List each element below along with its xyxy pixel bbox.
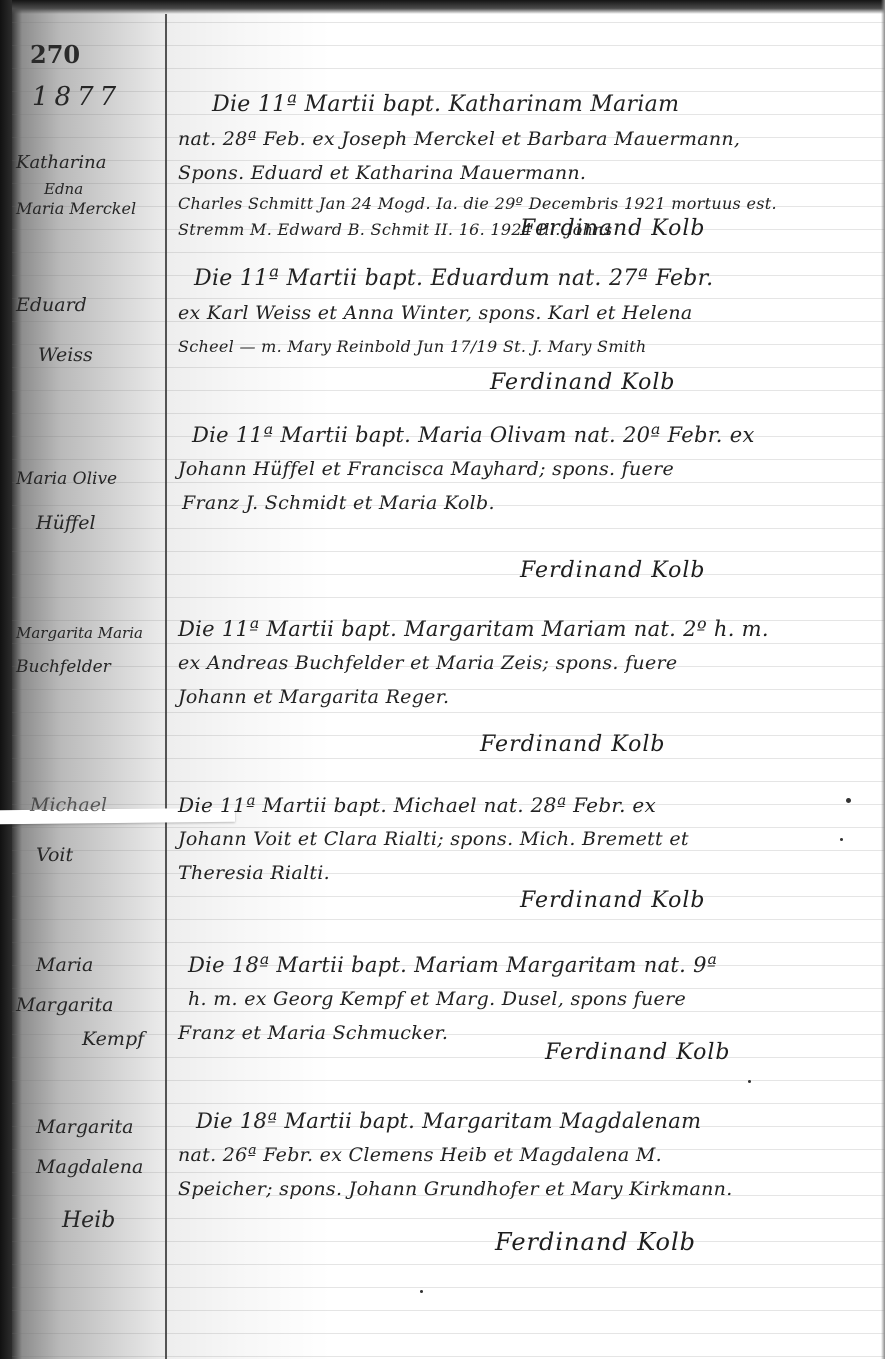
margin-name-line: Katharina (16, 146, 166, 180)
margin-name-line: Hüffel (36, 506, 166, 540)
entry-line: Die 11ª Martii bapt. Eduardum nat. 27ª F… (194, 262, 868, 296)
entry-line: Die 11ª Martii bapt. Katharinam Mariam (212, 88, 868, 122)
entry-line: ex Andreas Buchfelder et Maria Zeis; spo… (178, 646, 868, 680)
entry-line: Die 18ª Martii bapt. Mariam Margaritam n… (188, 948, 868, 982)
entry-line: Speicher; spons. Johann Grundhofer et Ma… (178, 1172, 868, 1206)
entry-line: nat. 26ª Febr. ex Clemens Heib et Magdal… (178, 1138, 868, 1172)
register-year: 1877 (32, 82, 122, 112)
margin-name-line: Edna (44, 180, 166, 198)
scan-speck (748, 1080, 751, 1083)
officiant-signature: Ferdinand Kolb (520, 216, 705, 241)
entry-text: Die 11ª Martii bapt. Michael nat. 28ª Fe… (178, 788, 868, 890)
officiant-signature: Ferdinand Kolb (480, 732, 665, 757)
margin-child-name: Margarita Magdalena Heib (16, 1110, 166, 1238)
entry-line: Theresia Rialti. (178, 856, 868, 890)
margin-name-line: Voit (36, 838, 166, 872)
officiant-signature: Ferdinand Kolb (495, 1228, 696, 1256)
entry-line: Spons. Eduard et Katharina Mauermann. (178, 156, 868, 190)
margin-child-name: Maria Olive Hüffel (16, 462, 166, 540)
margin-name-line: Margarita Maria (16, 616, 166, 650)
margin-name-line: Maria Olive (16, 462, 166, 496)
margin-name-line: Michael (30, 788, 166, 822)
page-right-edge (881, 0, 885, 1359)
register-page: 270 1877 Katharina Edna Maria Merckel Di… (0, 0, 885, 1359)
margin-child-name: Maria Margarita Kempf (16, 948, 166, 1056)
officiant-signature: Ferdinand Kolb (520, 558, 705, 583)
margin-child-name: Michael Voit (16, 788, 166, 872)
officiant-signature: Ferdinand Kolb (490, 370, 675, 395)
margin-name-line: Buchfelder (16, 650, 166, 684)
entry-line: Johann et Margarita Reger. (178, 680, 868, 714)
entry-annotation: Scheel — m. Mary Reinbold Jun 17/19 St. … (178, 330, 868, 364)
margin-name-line: Heib (62, 1204, 166, 1238)
margin-child-name: Katharina Edna Maria Merckel (16, 146, 166, 220)
entry-annotation: Charles Schmitt Jan 24 Mogd. Ia. die 29º… (178, 190, 868, 218)
officiant-signature: Ferdinand Kolb (520, 888, 705, 913)
scan-speck (846, 798, 851, 803)
entry-text: Die 18ª Martii bapt. Margaritam Magdalen… (178, 1104, 868, 1206)
entry-line: Die 11ª Martii bapt. Maria Olivam nat. 2… (192, 418, 868, 452)
entry-line: Franz et Maria Schmucker. (178, 1016, 868, 1050)
margin-name-line: Magdalena (36, 1150, 166, 1184)
margin-name-line: Weiss (38, 338, 166, 372)
margin-name-line: Margarita (16, 988, 166, 1022)
scan-top-shadow (0, 0, 885, 14)
entry-line: h. m. ex Georg Kempf et Marg. Dusel, spo… (188, 982, 868, 1016)
entry-line: nat. 28ª Feb. ex Joseph Merckel et Barba… (178, 122, 868, 156)
binding-edge (0, 0, 12, 1359)
entry-line: Die 11ª Martii bapt. Margaritam Mariam n… (178, 612, 868, 646)
entry-text: Die 11ª Martii bapt. Maria Olivam nat. 2… (178, 418, 868, 520)
scan-speck (420, 1290, 423, 1293)
margin-name-line: Maria Merckel (16, 198, 166, 220)
scan-speck (840, 838, 843, 841)
entry-line: Johann Hüffel et Francisca Mayhard; spon… (178, 452, 868, 486)
entry-text: Die 11ª Martii bapt. Eduardum nat. 27ª F… (178, 262, 868, 364)
entry-text: Die 18ª Martii bapt. Mariam Margaritam n… (178, 948, 868, 1050)
margin-name-line: Eduard (16, 288, 166, 322)
margin-child-name: Eduard Weiss (16, 288, 166, 372)
margin-name-line: Maria (36, 948, 166, 982)
margin-child-name: Margarita Maria Buchfelder (16, 616, 166, 684)
entry-line: Johann Voit et Clara Rialti; spons. Mich… (178, 822, 868, 856)
entry-line: ex Karl Weiss et Anna Winter, spons. Kar… (178, 296, 868, 330)
entry-text: Die 11ª Martii bapt. Margaritam Mariam n… (178, 612, 868, 714)
officiant-signature: Ferdinand Kolb (545, 1040, 730, 1065)
entry-line: Die 18ª Martii bapt. Margaritam Magdalen… (196, 1104, 868, 1138)
margin-name-line: Kempf (82, 1022, 166, 1056)
entry-line: Die 11ª Martii bapt. Michael nat. 28ª Fe… (178, 788, 868, 822)
entry-line: Franz J. Schmidt et Maria Kolb. (182, 486, 868, 520)
page-number: 270 (30, 40, 80, 69)
margin-name-line: Margarita (36, 1110, 166, 1144)
